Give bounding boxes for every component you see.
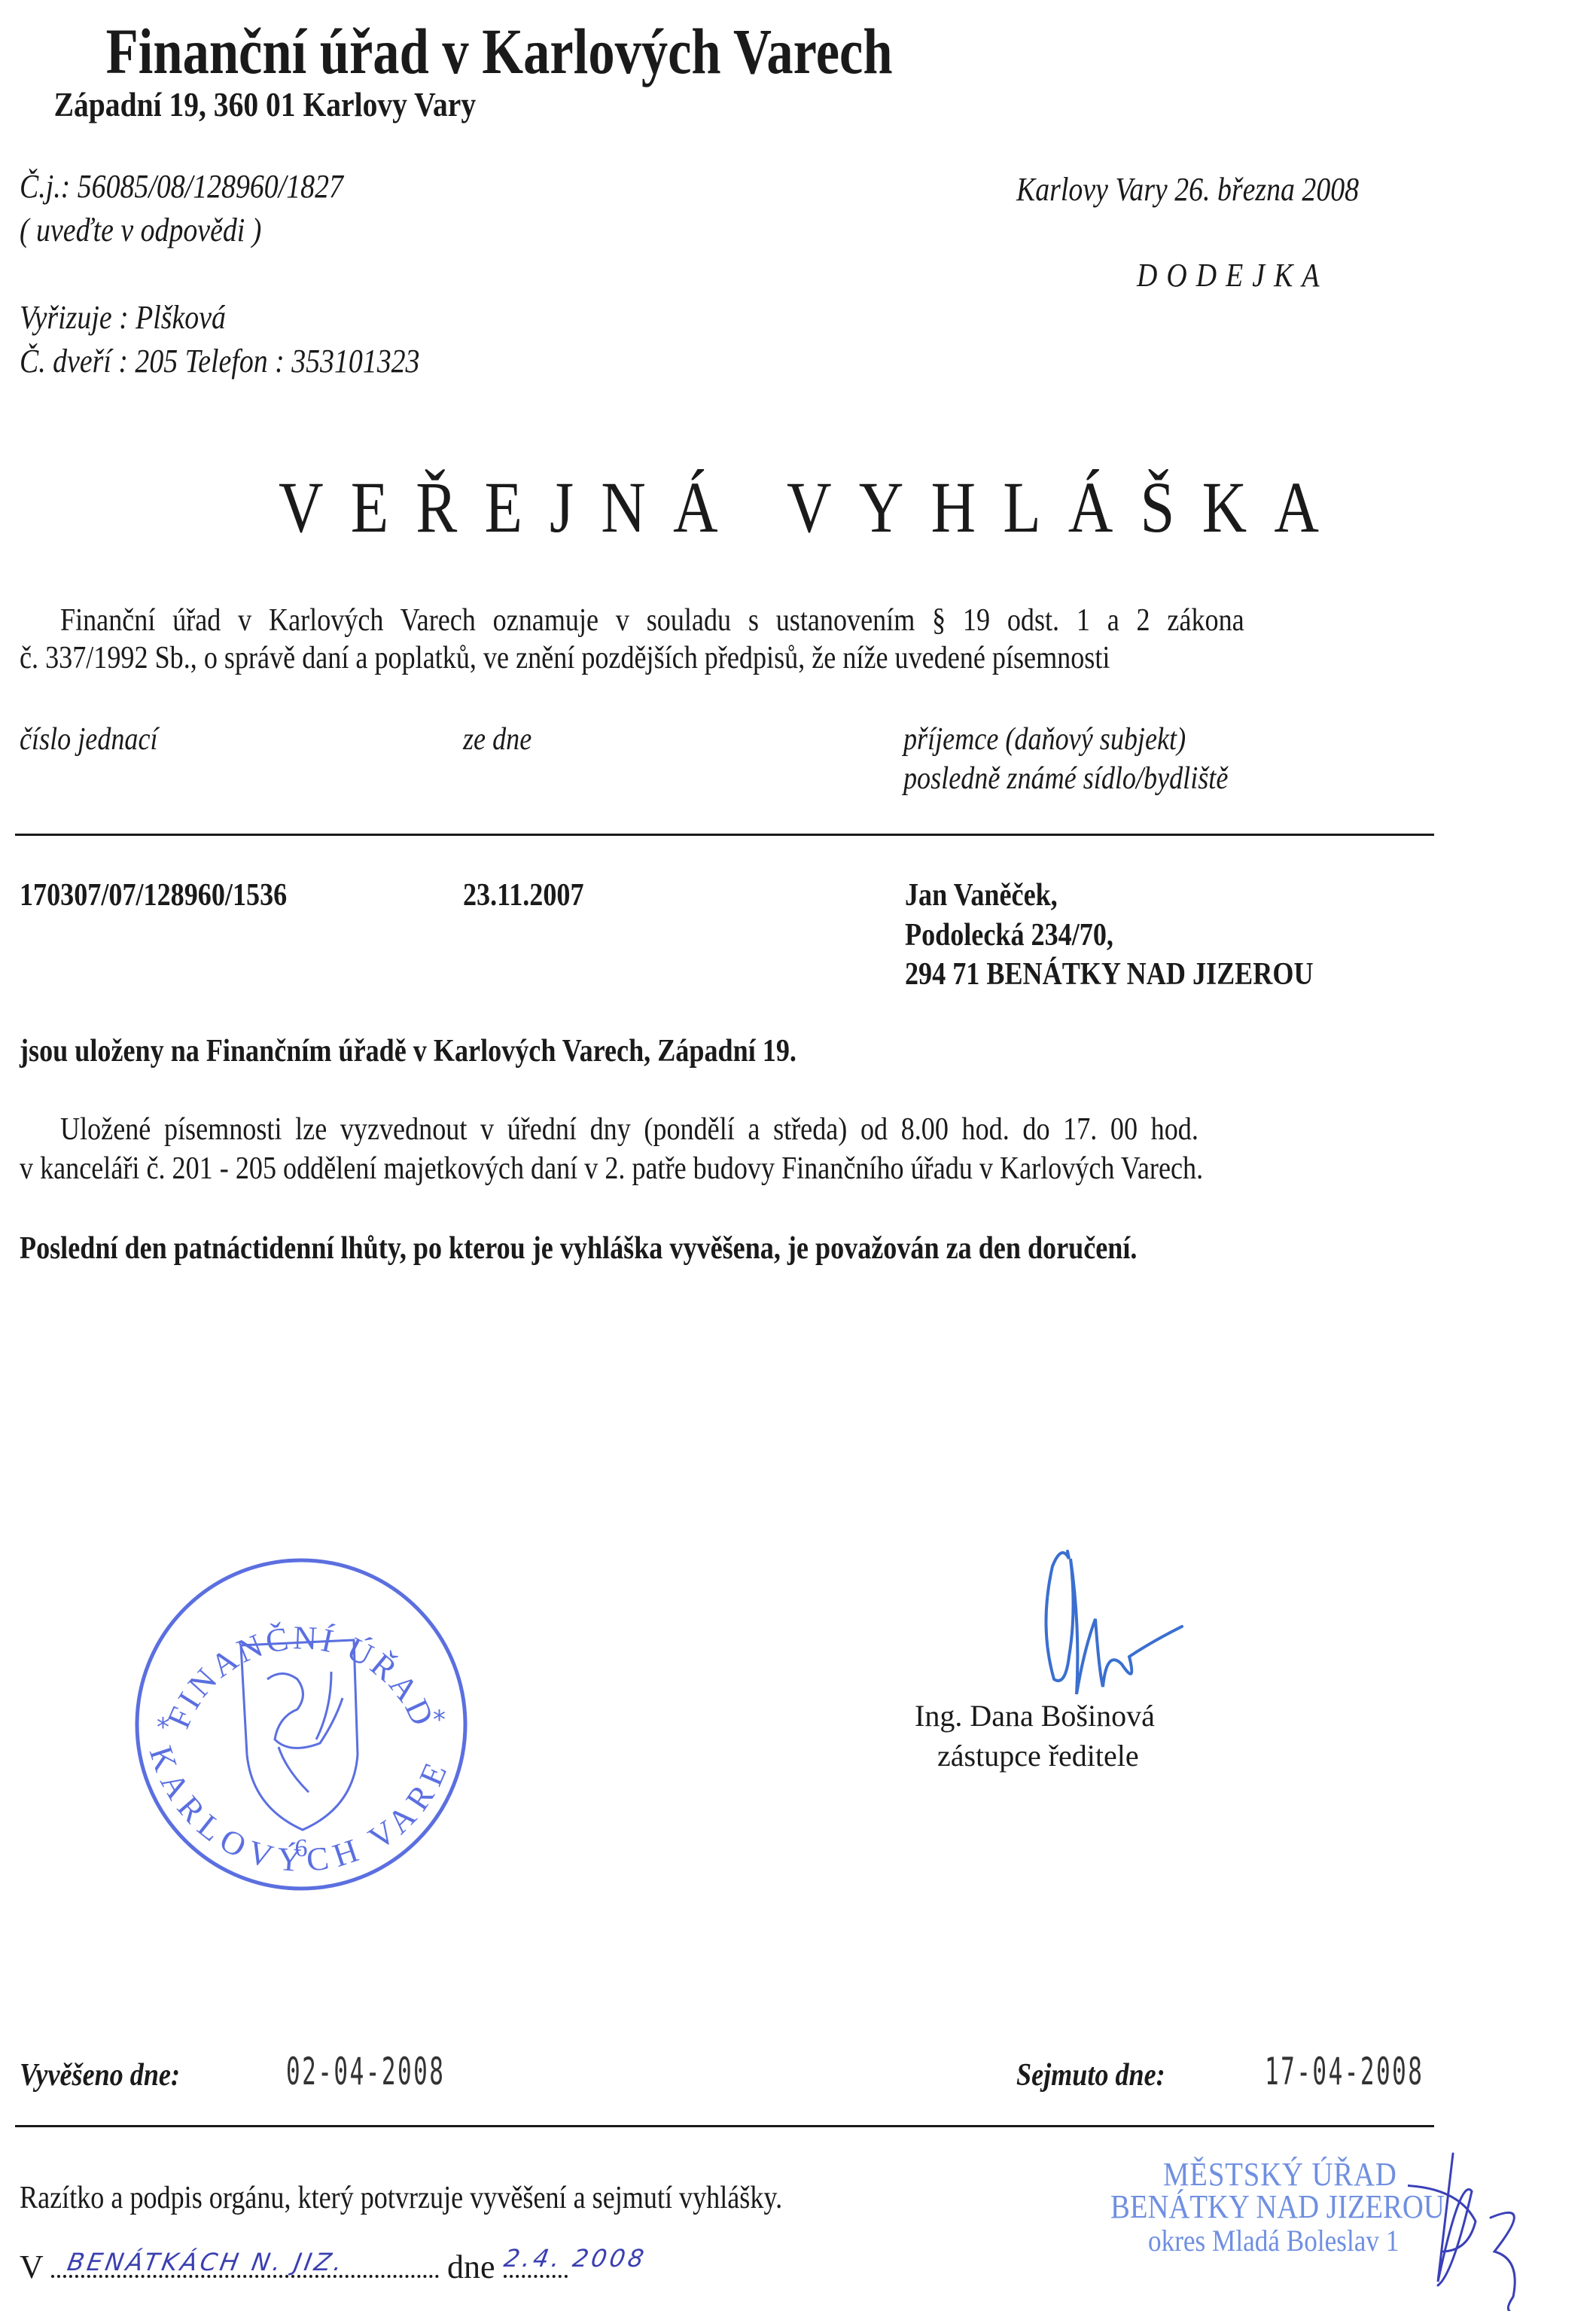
handler: Vyřizuje : Plšková [20,298,226,337]
cell-ref: 170307/07/128960/1536 [20,877,287,913]
date-prefix: dne [447,2248,495,2285]
confirmation-text: Razítko a podpis orgánu, který potvrzuje… [20,2180,782,2216]
signer-role: zástupce ředitele [937,1738,1139,1773]
reference-number: Č.j.: 56085/08/128960/1827 [20,167,343,206]
posted-date: 02-04-2008 [286,2050,445,2093]
table-divider [15,834,1434,836]
removed-date: 17-04-2008 [1265,2050,1424,2093]
posted-label: Vyvěšeno dne: [20,2057,180,2093]
section-divider [15,2125,1434,2127]
delivery-note: Poslední den patnáctidenní lhůty, po kte… [20,1230,1137,1267]
cell-recipient-name: Jan Vaněček, [905,877,1058,913]
document-type: DODEJKA [1137,256,1329,294]
stamp-top-text: FINANČNÍ ÚŘAD [160,1619,443,1733]
cell-recipient-city: 294 71 BENÁTKY NAD JIZEROU [905,956,1314,992]
municipal-stamp-line-3: okres Mladá Boleslav 1 [1148,2223,1399,2258]
pickup-text-line-1: Uložené písemnosti lze vyzvednout v úřed… [60,1111,1199,1148]
stamp-number: 6 [295,1834,308,1862]
cell-date: 23.11.2007 [463,877,584,913]
column-header-date: ze dne [463,721,531,758]
place-date: Karlovy Vary 26. března 2008 [1016,170,1359,209]
intro-text-line-1: Finanční úřad v Karlových Varech oznamuj… [60,602,1244,639]
place-prefix: V [20,2248,43,2285]
office-stamp-icon: FINANČNÍ ÚŘAD V KARLOVÝCH VARECH * * 6 [128,1551,474,1898]
column-header-recipient: příjemce (daňový subjekt) [903,721,1186,758]
intro-text-line-2: č. 337/1992 Sb., o správě daní a poplatk… [20,640,1110,676]
pickup-text-line-2: v kanceláři č. 201 - 205 oddělení majetk… [20,1151,1203,1187]
handwritten-place: BENÁTKÁCH N. JIZ. [65,2248,348,2276]
org-address: Západní 19, 360 01 Karlovy Vary [54,85,477,123]
municipal-stamp-line-2: BENÁTKY NAD JIZEROU [1110,2188,1445,2226]
door-phone: Č. dveří : 205 Telefon : 353101323 [20,342,419,380]
removed-label: Sejmuto dne: [1016,2057,1165,2093]
stamp-star-left: * [157,1712,169,1742]
signature-icon [1024,1536,1220,1694]
stamp-star-right: * [433,1705,446,1735]
cell-recipient-street: Podolecká 234/70, [905,917,1113,953]
signer-name: Ing. Dana Bošinová [915,1698,1155,1733]
column-header-ref: číslo jednací [20,721,158,758]
handwritten-date: 2.4. 2008 [502,2244,649,2273]
reference-note: ( uveďte v odpovědi ) [20,211,261,249]
org-title: Finanční úřad v Karlových Varech [106,14,893,89]
stored-at-text: jsou uloženy na Finančním úřadě v Karlov… [20,1033,796,1069]
municipal-signature-icon [1408,2146,1596,2311]
page-title: VEŘEJNÁ VYHLÁŠKA [279,465,1346,549]
column-header-address: posledně známé sídlo/bydliště [903,761,1228,797]
svg-text:FINANČNÍ ÚŘAD: FINANČNÍ ÚŘAD [160,1619,443,1733]
